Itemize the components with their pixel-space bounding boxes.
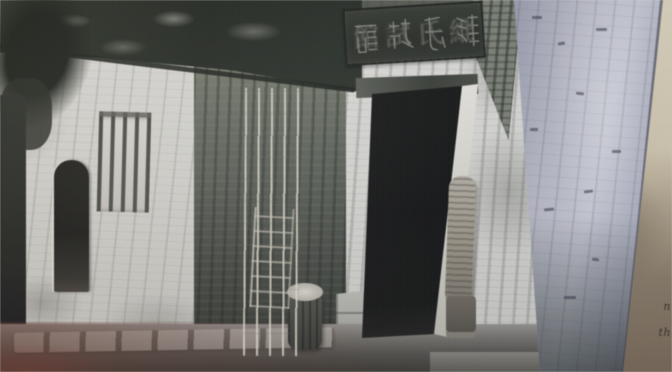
brick-speck	[612, 150, 621, 153]
left-dark-alley	[0, 95, 26, 330]
brick-speck	[532, 16, 542, 19]
caption-fragment-top: n	[663, 300, 671, 313]
brick-speck	[584, 189, 593, 193]
brick-speck	[558, 42, 565, 46]
caption-fragment-bottom: th	[658, 326, 671, 339]
brick-speck	[530, 128, 538, 131]
brick-speck	[564, 296, 576, 299]
photo-canvas: Black-and-white photograph of an old bri…	[0, 0, 672, 372]
bamboo-ladder	[249, 207, 294, 309]
arched-side-doorway	[54, 160, 89, 292]
brick-speck	[544, 208, 554, 212]
warm-color-cast	[0, 322, 380, 372]
name-plaque: 館試氏維	[342, 1, 485, 66]
woven-basket	[445, 176, 476, 301]
barred-window	[97, 111, 152, 212]
brick-speck	[576, 92, 584, 96]
basket-stand	[446, 296, 476, 338]
photograph: 館試氏維 n th	[0, 0, 672, 372]
brick-speck	[596, 28, 607, 31]
brick-speck	[592, 257, 599, 261]
